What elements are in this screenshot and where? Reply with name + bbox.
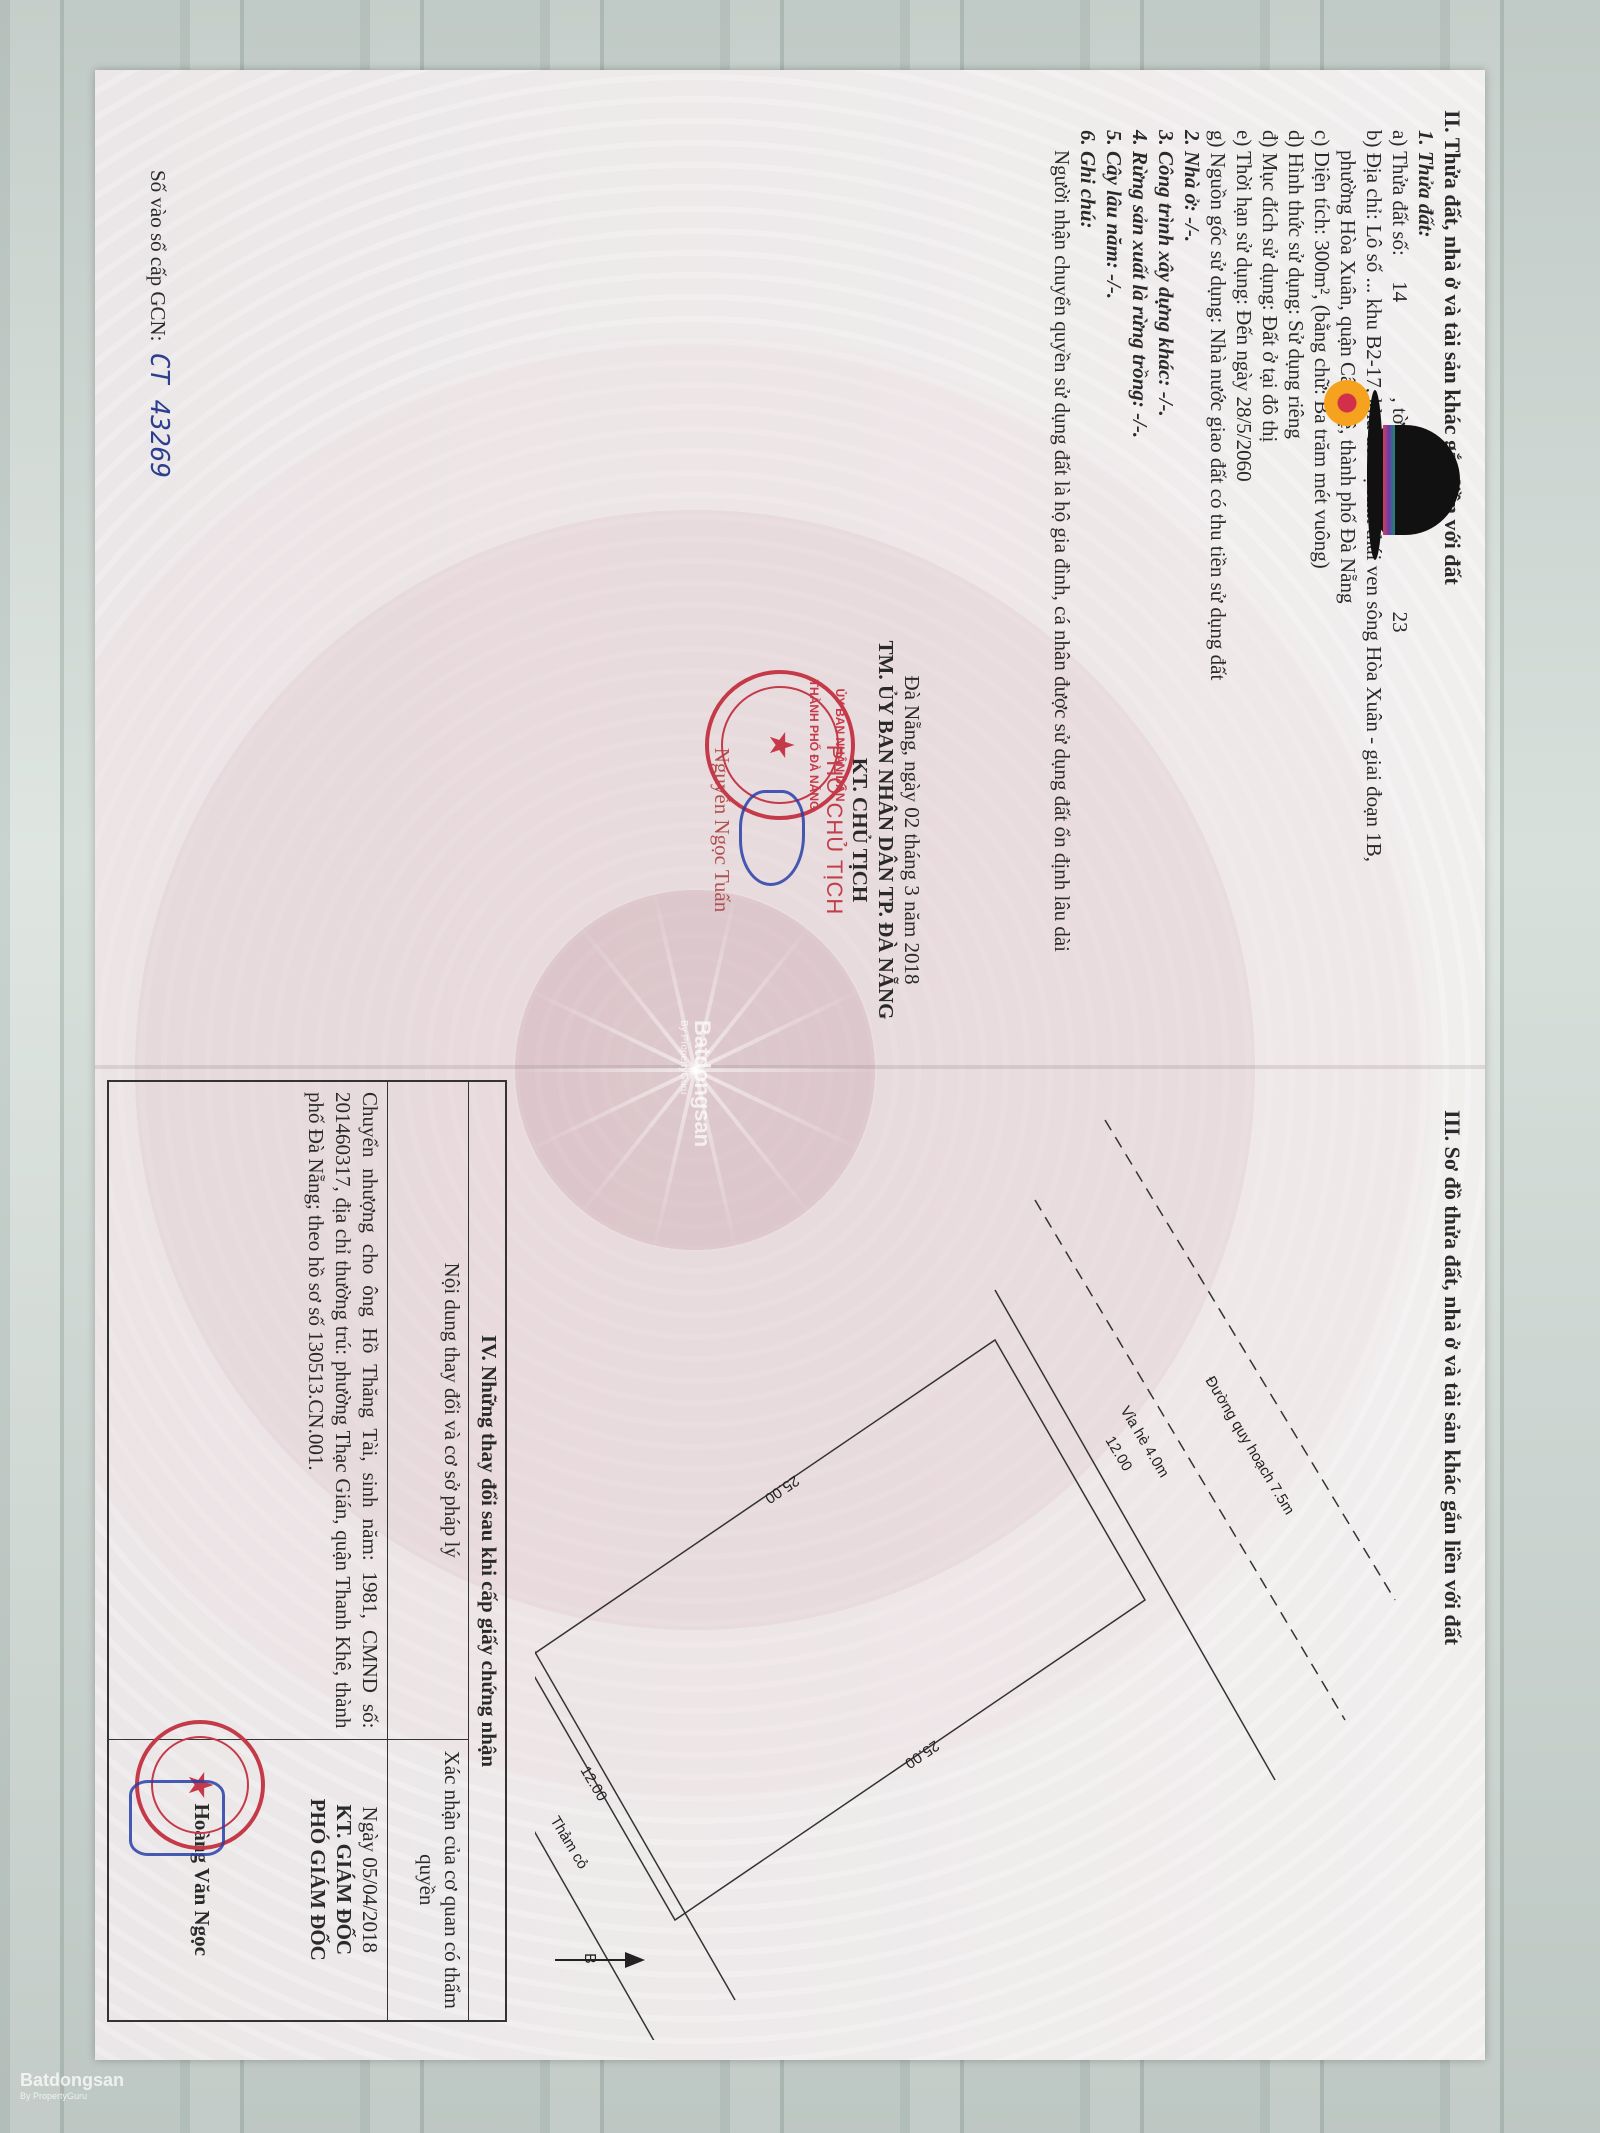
- watermark-brand: Batdongsan: [690, 1020, 715, 1147]
- land-plot-number: a) Thửa đất số: 14 , tờ bản đồ số: 23: [1387, 110, 1413, 1040]
- right-page: III. Sơ đồ thửa đất, nhà ở và tài sản kh…: [105, 1080, 1465, 2040]
- plot-number-value: 14: [1388, 281, 1412, 302]
- front-width-label: 12.00: [1102, 1433, 1136, 1474]
- privacy-sticker: [1345, 390, 1465, 560]
- registry-value: CT 43269: [144, 353, 174, 478]
- hat-brim: [1367, 390, 1383, 560]
- change-content: Chuyển nhượng cho ông Hồ Thăng Tài, sinh…: [108, 1081, 387, 1739]
- back-boundary: [535, 1600, 735, 2000]
- plot-outline: [535, 1340, 1145, 1920]
- left-length-label: 25.00: [762, 1472, 803, 1507]
- rear-boundary: [535, 1640, 665, 2040]
- seal-text: ỦY BAN NHÂN DÂN THÀNH PHỐ ĐÀ NẴNG: [801, 674, 853, 816]
- land-heading: 1. Thửa đất:: [1413, 110, 1439, 1040]
- issuing-org: TM. ỦY BAN NHÂN DÂN TP. ĐÀ NẴNG: [873, 630, 899, 1030]
- house-item: 2. Nhà ở: -/-.: [1179, 110, 1205, 1040]
- section-iv-title: IV. Những thay đổi sau khi cấp giấy chứn…: [469, 1081, 507, 2021]
- table-row: Chuyển nhượng cho ông Hồ Thăng Tài, sinh…: [108, 1081, 387, 2021]
- changes-table: IV. Những thay đổi sau khi cấp giấy chứn…: [107, 1080, 507, 2022]
- notes-text: Người nhận chuyển quyền sử dụng đất là h…: [1049, 110, 1075, 1030]
- registry-number: Số vào sổ cấp GCN: CT 43269: [145, 170, 172, 478]
- front-boundary: [995, 1290, 1275, 1780]
- section-ii-title: II. Thửa đất, nhà ở và tài sản khác gắn …: [1439, 110, 1465, 1040]
- col-content-header: Nội dung thay đổi và cơ sở pháp lý: [387, 1081, 468, 1739]
- watermark-logo: Batdongsan By PropertyGuru: [678, 1020, 715, 1147]
- drum-ray: [505, 1068, 695, 1072]
- plot-number-label: a) Thửa đất số:: [1388, 130, 1412, 256]
- watermark-brand: Batdongsan: [20, 2070, 124, 2090]
- col-confirm-header: Xác nhận của cơ quan có thẩm quyền: [387, 1739, 468, 2021]
- back-width-label: 12.00: [577, 1763, 611, 1804]
- watermark-sub: By PropertyGuru: [678, 1020, 689, 1147]
- registry-label: Số vào sổ cấp GCN:: [146, 170, 170, 342]
- land-usage-form: d) Hình thức sử dụng: Sử dụng riêng: [1283, 110, 1309, 1040]
- map-sheet-value: 23: [1388, 612, 1412, 633]
- section-iii-title: III. Sơ đồ thửa đất, nhà ở và tài sản kh…: [1439, 1110, 1465, 1645]
- land-purpose: đ) Mục đích sử dụng: Đất ở tại đô thị: [1257, 110, 1283, 1040]
- land-address: b) Địa chỉ: Lô số ... khu B2-17, khu đô …: [1361, 110, 1387, 1040]
- road-label: Đường quy hoạch 7.5m: [1202, 1373, 1298, 1517]
- confirm-role: KT. GIÁM ĐỐC: [331, 1750, 357, 2011]
- watermark-corner: Batdongsan By PropertyGuru: [20, 2070, 124, 2101]
- road-edge-line: [1035, 1200, 1345, 1720]
- flower-icon: [1324, 380, 1370, 426]
- other-works-item: 3. Công trình xây dựng khác: -/-.: [1153, 110, 1179, 1040]
- land-address-2: phường Hòa Xuân, quận Cẩm Lệ, thành phố …: [1335, 110, 1361, 1040]
- confirm-title: PHÓ GIÁM ĐỐC: [305, 1750, 331, 2011]
- north-arrowhead-icon: [625, 1952, 645, 1968]
- right-length-label: 25.00: [902, 1737, 943, 1772]
- star-icon: ★: [767, 730, 793, 760]
- land-area: c) Diện tích: 300m², (bằng chữ: Ba trăm …: [1309, 110, 1335, 1040]
- hat-band: [1383, 425, 1395, 535]
- section-ii: II. Thửa đất, nhà ở và tài sản khác gắn …: [105, 110, 1465, 1040]
- forest-item: 4. Rừng sản xuất là rừng trồng: -/-.: [1127, 110, 1153, 1040]
- perennial-item: 5. Cây lâu năm: -/-.: [1101, 110, 1127, 1040]
- land-use-certificate: II. Thửa đất, nhà ở và tài sản khác gắn …: [95, 70, 1485, 2060]
- notes-heading: 6. Ghi chú:: [1075, 110, 1101, 1040]
- land-term: e) Thời hạn sử dụng: Đến ngày 28/5/2060: [1231, 110, 1257, 1040]
- north-label: B: [581, 1953, 598, 1964]
- drum-ray: [695, 1068, 885, 1072]
- land-origin: g) Nguồn gốc sử dụng: Nhà nước giao đất …: [1205, 110, 1231, 1040]
- watermark-sub: By PropertyGuru: [20, 2091, 124, 2101]
- road-edge-line: [1105, 1120, 1395, 1600]
- confirm-date: Ngày 05/04/2018: [357, 1750, 383, 2011]
- issue-date: Đà Nẵng, ngày 02 tháng 3 năm 2018: [899, 630, 925, 1030]
- certificate-stage: II. Thửa đất, nhà ở và tài sản khác gắn …: [0, 0, 1600, 2133]
- confirm-signature-mark: [129, 1780, 225, 1856]
- plot-diagram: Đường quy hoạch 7.5m Vỉa hè 4.0m 12.00 2…: [535, 1080, 1435, 2040]
